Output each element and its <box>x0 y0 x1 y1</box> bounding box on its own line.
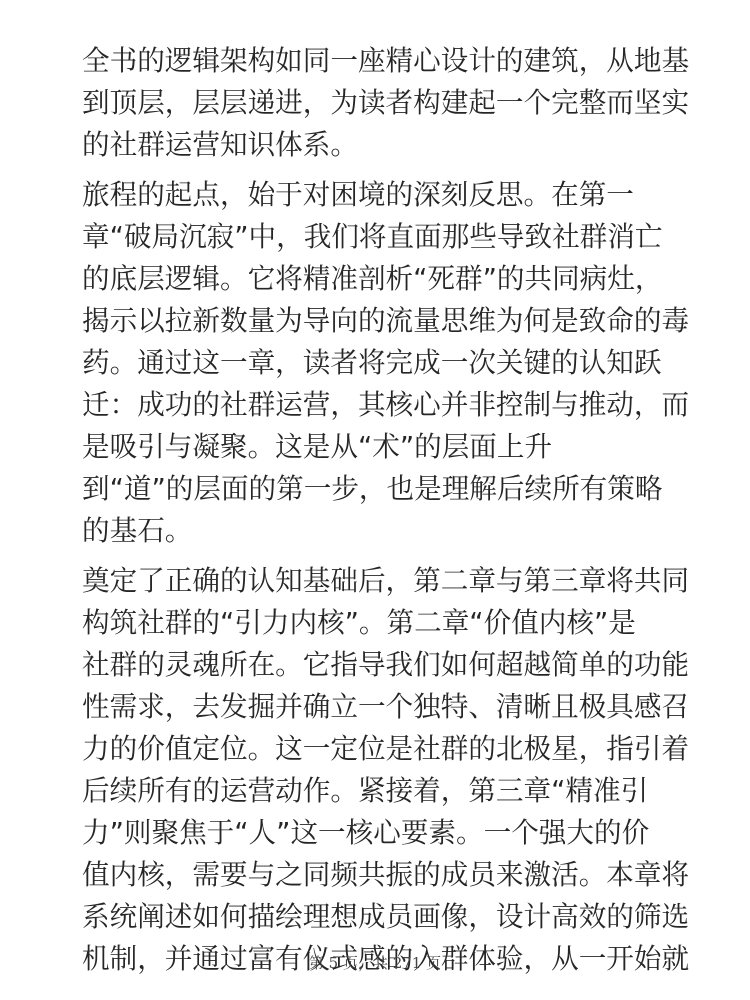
text-line: 揭示以拉新数量为导向的流量思维为何是致命的毒 <box>82 300 668 342</box>
text-line: 力”则聚焦于“人”这一核心要素。一个强大的价 <box>82 812 668 854</box>
text-line: 是吸引与凝聚。这是从“术”的层面上升 <box>82 426 668 468</box>
text-line: 迁：成功的社群运营，其核心并非控制与推动，而 <box>82 384 668 426</box>
text-line: 力的价值定位。这一定位是社群的北极星，指引着 <box>82 728 668 770</box>
text-line: 系统阐述如何描绘理想成员画像，设计高效的筛选 <box>82 896 668 938</box>
text-line: 的基石。 <box>82 510 668 552</box>
paragraph-1: 全书的逻辑架构如同一座精心设计的建筑，从地基 到顶层，层层递进，为读者构建起一个… <box>82 40 668 166</box>
text-line: 章“破局沉寂”中，我们将直面那些导致社群消亡 <box>82 216 668 258</box>
paragraph-2: 旅程的起点，始于对困境的深刻反思。在第一 章“破局沉寂”中，我们将直面那些导致社… <box>82 174 668 552</box>
text-line: 社群的灵魂所在。它指导我们如何超越简单的功能 <box>82 644 668 686</box>
text-line: 值内核，需要与之同频共振的成员来激活。本章将 <box>82 854 668 896</box>
text-line: 的社群运营知识体系。 <box>82 124 668 166</box>
document-page: 全书的逻辑架构如同一座精心设计的建筑，从地基 到顶层，层层递进，为读者构建起一个… <box>82 40 668 988</box>
text-line: 到顶层，层层递进，为读者构建起一个完整而坚实 <box>82 82 668 124</box>
text-line: 性需求，去发掘并确立一个独特、清晰且极具感召 <box>82 686 668 728</box>
text-line: 的底层逻辑。它将精准剖析“死群”的共同病灶， <box>82 258 668 300</box>
paragraph-3: 奠定了正确的认知基础后，第二章与第三章将共同 构筑社群的“引力内核”。第二章“价… <box>82 560 668 980</box>
text-line: 奠定了正确的认知基础后，第二章与第三章将共同 <box>82 560 668 602</box>
page-indicator: 第 5 页，共 271 页 <box>0 952 750 973</box>
text-line: 旅程的起点，始于对困境的深刻反思。在第一 <box>82 174 668 216</box>
text-line: 构筑社群的“引力内核”。第二章“价值内核”是 <box>82 602 668 644</box>
text-line: 全书的逻辑架构如同一座精心设计的建筑，从地基 <box>82 40 668 82</box>
text-line: 到“道”的层面的第一步，也是理解后续所有策略 <box>82 468 668 510</box>
text-line: 药。通过这一章，读者将完成一次关键的认知跃 <box>82 342 668 384</box>
text-line: 后续所有的运营动作。紧接着，第三章“精准引 <box>82 770 668 812</box>
